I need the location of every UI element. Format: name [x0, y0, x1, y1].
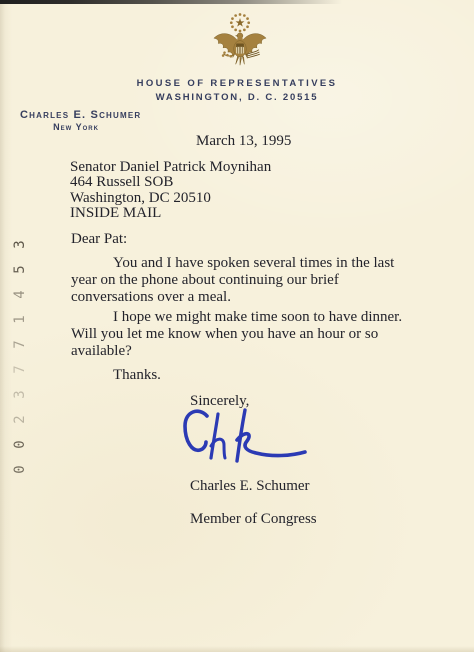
signer-title: Member of Congress — [190, 511, 317, 528]
letterhead-line2: WASHINGTON, D. C. 20515 — [0, 92, 474, 103]
letter-date: March 13, 1995 — [196, 133, 291, 150]
eagle-beak — [235, 35, 238, 37]
letterhead-line1: HOUSE OF REPRESENTATIVES — [0, 78, 474, 89]
member-state: New York — [20, 122, 132, 132]
thanks-line: Thanks. — [113, 367, 161, 384]
shield — [236, 43, 244, 53]
signer-name-title: Charles E. Schumer Member of Congress — [190, 461, 317, 544]
member-name: Charles E. Schumer — [20, 109, 132, 121]
recipient-address-block: Senator Daniel Patrick Moynihan 464 Russ… — [70, 160, 271, 222]
handwritten-signature — [179, 406, 311, 468]
scan-edge-artifact — [0, 0, 342, 4]
great-seal-eagle-icon — [211, 12, 269, 74]
member-identity-block: Charles E. Schumer New York — [20, 109, 132, 132]
glory-ring — [230, 13, 250, 32]
scan-stamp-serial: 0 0 2 3 7 7 1 4 5 3 — [12, 232, 28, 482]
scanned-letter-page: HOUSE OF REPRESENTATIVES WASHINGTON, D. … — [0, 0, 474, 652]
eagle-tail — [236, 57, 245, 66]
body-paragraph-2: I hope we might make time soon to have d… — [71, 309, 431, 360]
salutation: Dear Pat: — [71, 231, 127, 248]
body-paragraph-1: You and I have spoken several times in t… — [71, 255, 431, 306]
signer-name: Charles E. Schumer — [190, 478, 317, 495]
